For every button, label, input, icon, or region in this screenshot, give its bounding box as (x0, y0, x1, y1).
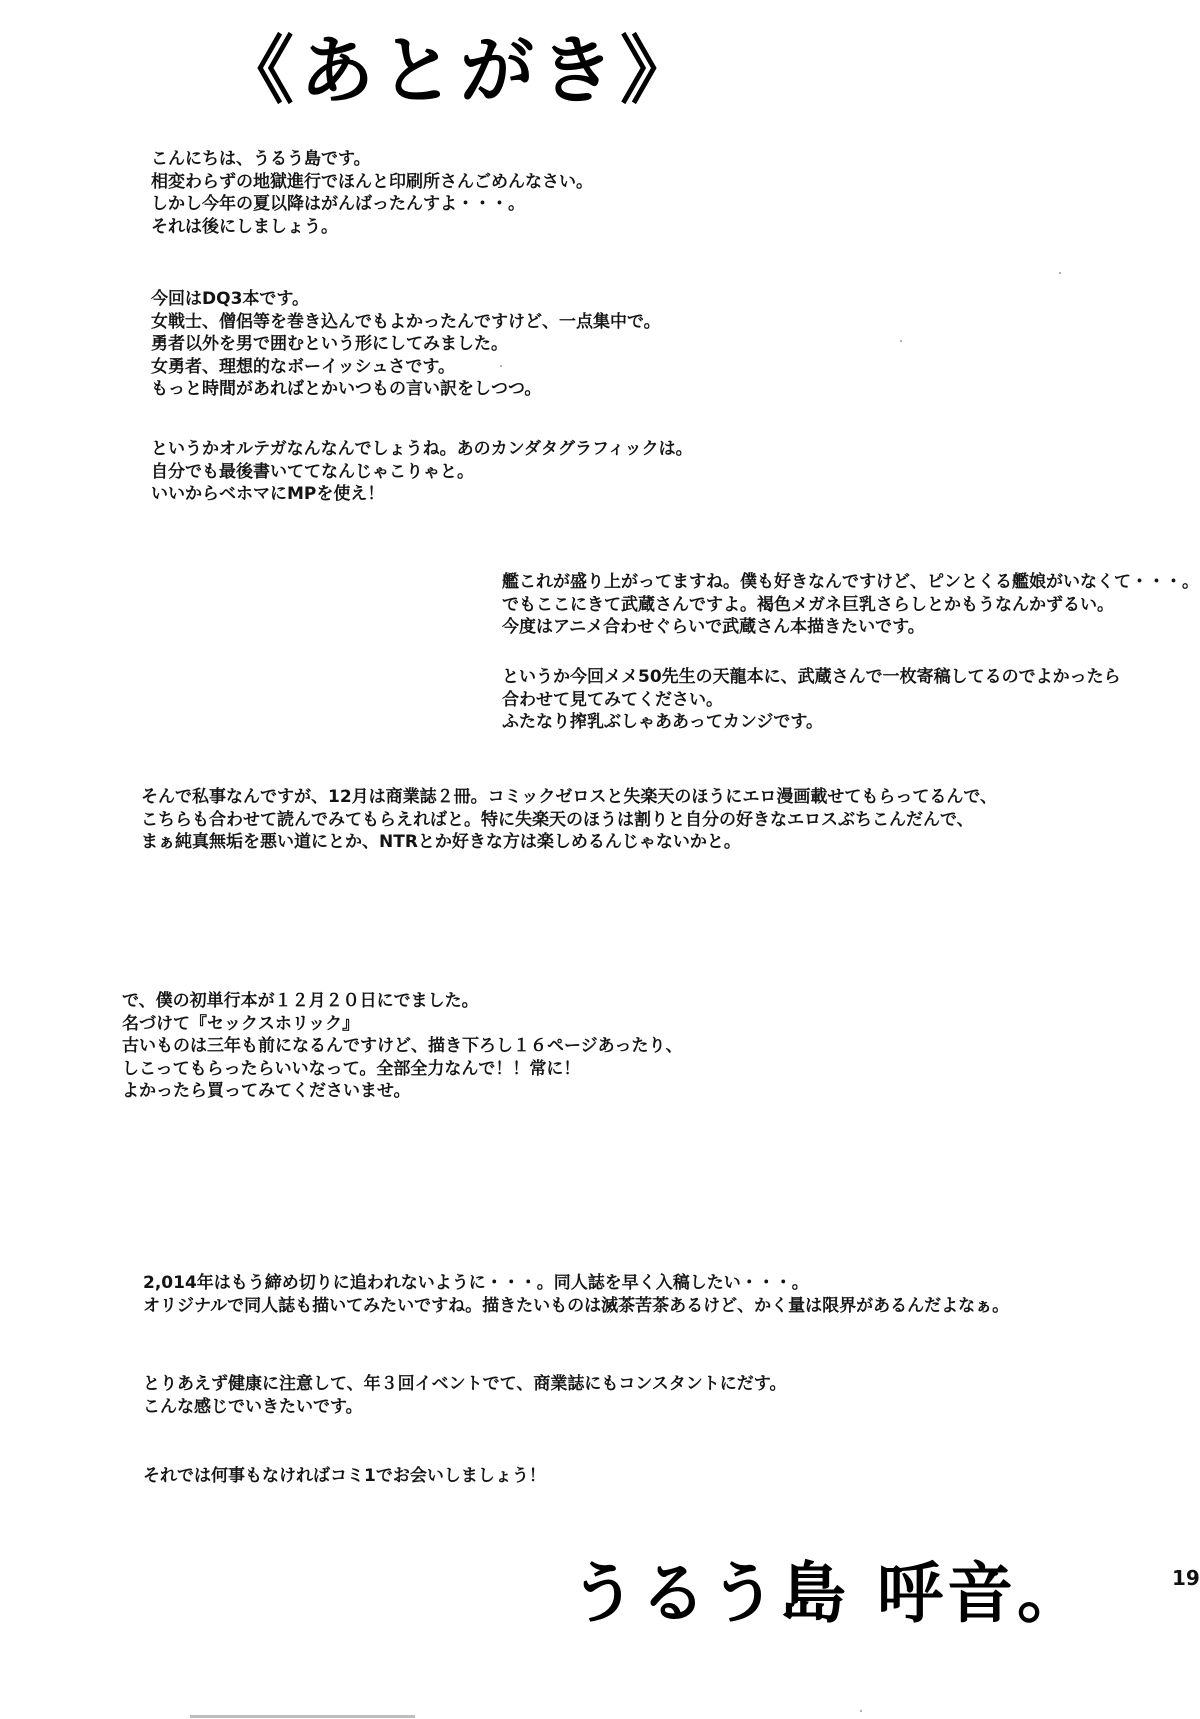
paragraph-kancolle: 艦これが盛り上がってますね。僕も好きなんですけど、ピンとくる艦娘がいなくて・・・… (502, 571, 1199, 639)
text-line: しこってもらったらいいなって。全部全力なんで！！常に！ (122, 1058, 683, 1081)
paragraph-commercial: そんで私事なんですが、12月は商業誌２冊。コミックゼロスと失楽天のほうにエロ漫画… (141, 786, 997, 854)
text-line: 女勇者、理想的なボーイッシュさです。 (151, 356, 661, 379)
paragraph-greeting: こんにちは、うるう島です。 相変わらずの地獄進行でほんと印刷所さんごめんなさい。… (151, 148, 593, 238)
text-line: それでは何事もなければコミ1でお会いしましょう！ (143, 1465, 546, 1488)
text-line: 合わせて見てみてください。 (502, 689, 1121, 712)
text-line: 名づけて『セックスホリック』 (122, 1013, 683, 1036)
text-line: 今度はアニメ合わせぐらいで武蔵さん本描きたいです。 (502, 616, 1199, 639)
text-line: こんにちは、うるう島です。 (151, 148, 593, 171)
text-line: オリジナルで同人誌も描いてみたいですね。描きたいものは滅茶苦茶あるけど、かく量は… (143, 1295, 1009, 1318)
text-line: 古いものは三年も前になるんですけど、描き下ろし１６ページあったり、 (122, 1035, 683, 1058)
paragraph-ortega: というかオルテガなんなんでしょうね。あのカンダタグラフィックは。 自分でも最後書… (151, 438, 693, 506)
text-line: 今回はDQ3本です。 (151, 288, 661, 311)
text-line: もっと時間があればとかいつもの言い訳をしつつ。 (151, 378, 661, 401)
paragraph-closing: それでは何事もなければコミ1でお会いしましょう！ (143, 1465, 546, 1488)
text-line: 勇者以外を男で囲むという形にしてみました。 (151, 333, 661, 356)
paragraph-dq3: 今回はDQ3本です。 女戦士、僧侶等を巻き込んでもよかったんですけど、一点集中で… (151, 288, 661, 401)
scan-speck (500, 365, 502, 367)
text-line: でもここにきて武蔵さんですよ。褐色メガネ巨乳さらしとかもうなんかずるい。 (502, 594, 1199, 617)
paragraph-health: とりあえず健康に注意して、年３回イベントでて、商業誌にもコンスタントにだす。 こ… (143, 1373, 786, 1418)
author-signature: うるう島 呼音。 (570, 1540, 1087, 1635)
text-line: こちらも合わせて読んでみてもらえればと。特に失楽天のほうは割りと自分の好きなエロ… (141, 809, 997, 832)
text-line: いいからベホマにMPを使え！ (151, 483, 693, 506)
scan-speck (860, 1710, 862, 1712)
page-number: 19 (1172, 1566, 1200, 1590)
scan-edge-divider (190, 1715, 415, 1718)
text-line: というかオルテガなんなんでしょうね。あのカンダタグラフィックは。 (151, 438, 693, 461)
paragraph-guest: というか今回メメ50先生の天龍本に、武蔵さんで一枚寄稿してるのでよかったら 合わ… (502, 666, 1121, 734)
text-line: そんで私事なんですが、12月は商業誌２冊。コミックゼロスと失楽天のほうにエロ漫画… (141, 786, 997, 809)
text-line: で、僕の初単行本が１２月２０日にでました。 (122, 990, 683, 1013)
text-line: よかったら買ってみてくださいませ。 (122, 1080, 683, 1103)
text-line: 自分でも最後書いててなんじゃこりゃと。 (151, 461, 693, 484)
text-line: ふたなり搾乳ぶしゃああってカンジです。 (502, 711, 1121, 734)
text-line: こんな感じでいきたいです。 (143, 1396, 786, 1419)
text-line: 相変わらずの地獄進行でほんと印刷所さんごめんなさい。 (151, 171, 593, 194)
page-title: 《あとがき》 (220, 12, 700, 118)
text-line: 艦これが盛り上がってますね。僕も好きなんですけど、ピンとくる艦娘がいなくて・・・… (502, 571, 1199, 594)
paragraph-2014: 2,014年はもう締め切りに追われないように・・・。同人誌を早く入稿したい・・・… (143, 1272, 1009, 1317)
text-line: まぁ純真無垢を悪い道にとか、NTRとか好きな方は楽しめるんじゃないかと。 (141, 831, 997, 854)
text-line: しかし今年の夏以降はがんばったんすよ・・・。 (151, 193, 593, 216)
scan-speck (1059, 272, 1061, 274)
scan-speck (900, 340, 902, 342)
text-line: とりあえず健康に注意して、年３回イベントでて、商業誌にもコンスタントにだす。 (143, 1373, 786, 1396)
text-line: というか今回メメ50先生の天龍本に、武蔵さんで一枚寄稿してるのでよかったら (502, 666, 1121, 689)
paragraph-tankoubon: で、僕の初単行本が１２月２０日にでました。 名づけて『セックスホリック』 古いも… (122, 990, 683, 1103)
text-line: 女戦士、僧侶等を巻き込んでもよかったんですけど、一点集中で。 (151, 311, 661, 334)
text-line: 2,014年はもう締め切りに追われないように・・・。同人誌を早く入稿したい・・・… (143, 1272, 1009, 1295)
text-line: それは後にしましょう。 (151, 216, 593, 239)
